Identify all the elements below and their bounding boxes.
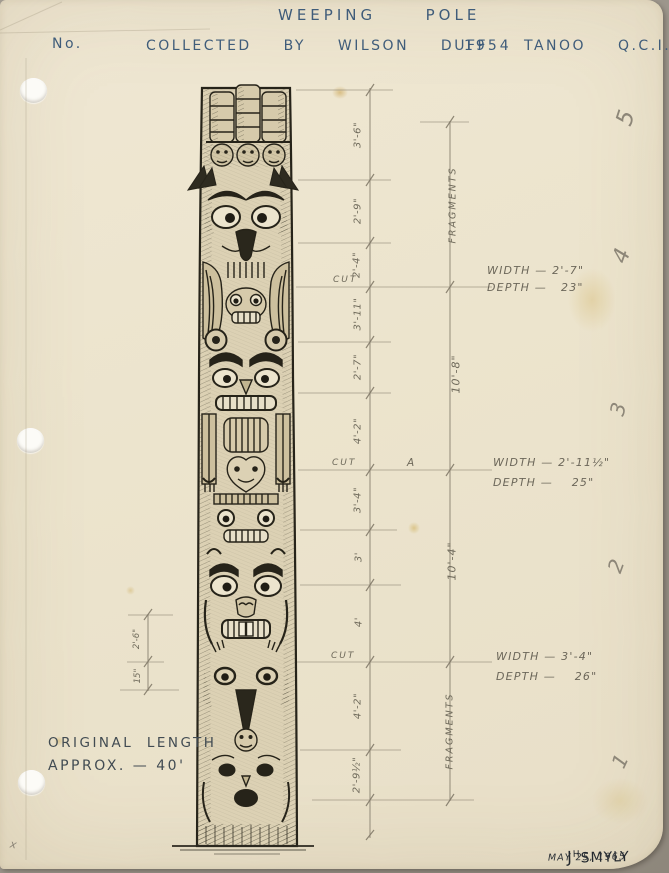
segment-label: 2'-9"	[353, 198, 364, 224]
left-segment-label: 2'-6"	[132, 629, 142, 649]
segment-label: 3'-4"	[353, 487, 364, 513]
span-label-total: 10'-4"	[446, 541, 459, 580]
span-label-fragments: FRAGMENTS	[445, 692, 456, 769]
year-label: 1954	[464, 38, 512, 54]
cut3-width: WIDTH — 3'-4"	[496, 650, 593, 663]
segment-label: 3'-6"	[353, 122, 364, 148]
point-a-label: A	[407, 457, 414, 469]
signature-date: MAY 25, 1965	[548, 851, 626, 863]
location-label: TANOO Q.C.I.	[524, 38, 669, 54]
span-label-total: 10'-8"	[450, 354, 463, 393]
span-label-fragments: FRAGMENTS	[448, 166, 459, 243]
segment-label: 4'-2"	[353, 693, 364, 719]
cut1-depth: DEPTH — 23"	[487, 281, 584, 294]
page-title: WEEPING POLE	[278, 6, 480, 24]
scanned-archival-sheet: { "header": { "title": "WEEPING POLE", "…	[0, 0, 669, 873]
punch-hole	[20, 78, 47, 103]
cut2-depth: DEPTH — 25"	[493, 476, 594, 489]
cut-label: CUT	[333, 275, 357, 285]
cut-label: CUT	[331, 651, 355, 661]
left-segment-label: 15"	[133, 669, 143, 684]
cut2-width: WIDTH — 2'-11½"	[493, 456, 610, 469]
original-length-line1: ORIGINAL LENGTH	[48, 735, 216, 751]
punch-hole	[17, 428, 44, 453]
segment-label: 2'-9½"	[352, 757, 363, 793]
cut-label: CUT	[332, 458, 356, 468]
cut3-depth: DEPTH — 26"	[496, 670, 597, 683]
collected-by-line: COLLECTED BY WILSON DUFF	[146, 38, 488, 54]
original-length-line2: APPROX. — 40'	[48, 758, 185, 774]
no-label: No.	[52, 36, 83, 52]
punch-hole	[18, 770, 45, 795]
cut1-width: WIDTH — 2'-7"	[487, 264, 584, 277]
segment-label: 2'-7"	[353, 354, 364, 380]
segment-label: 3'-11"	[353, 297, 364, 330]
segment-label: 4'	[354, 617, 365, 627]
segment-label: 3'	[354, 552, 365, 562]
segment-label: 4'-2"	[353, 418, 364, 444]
